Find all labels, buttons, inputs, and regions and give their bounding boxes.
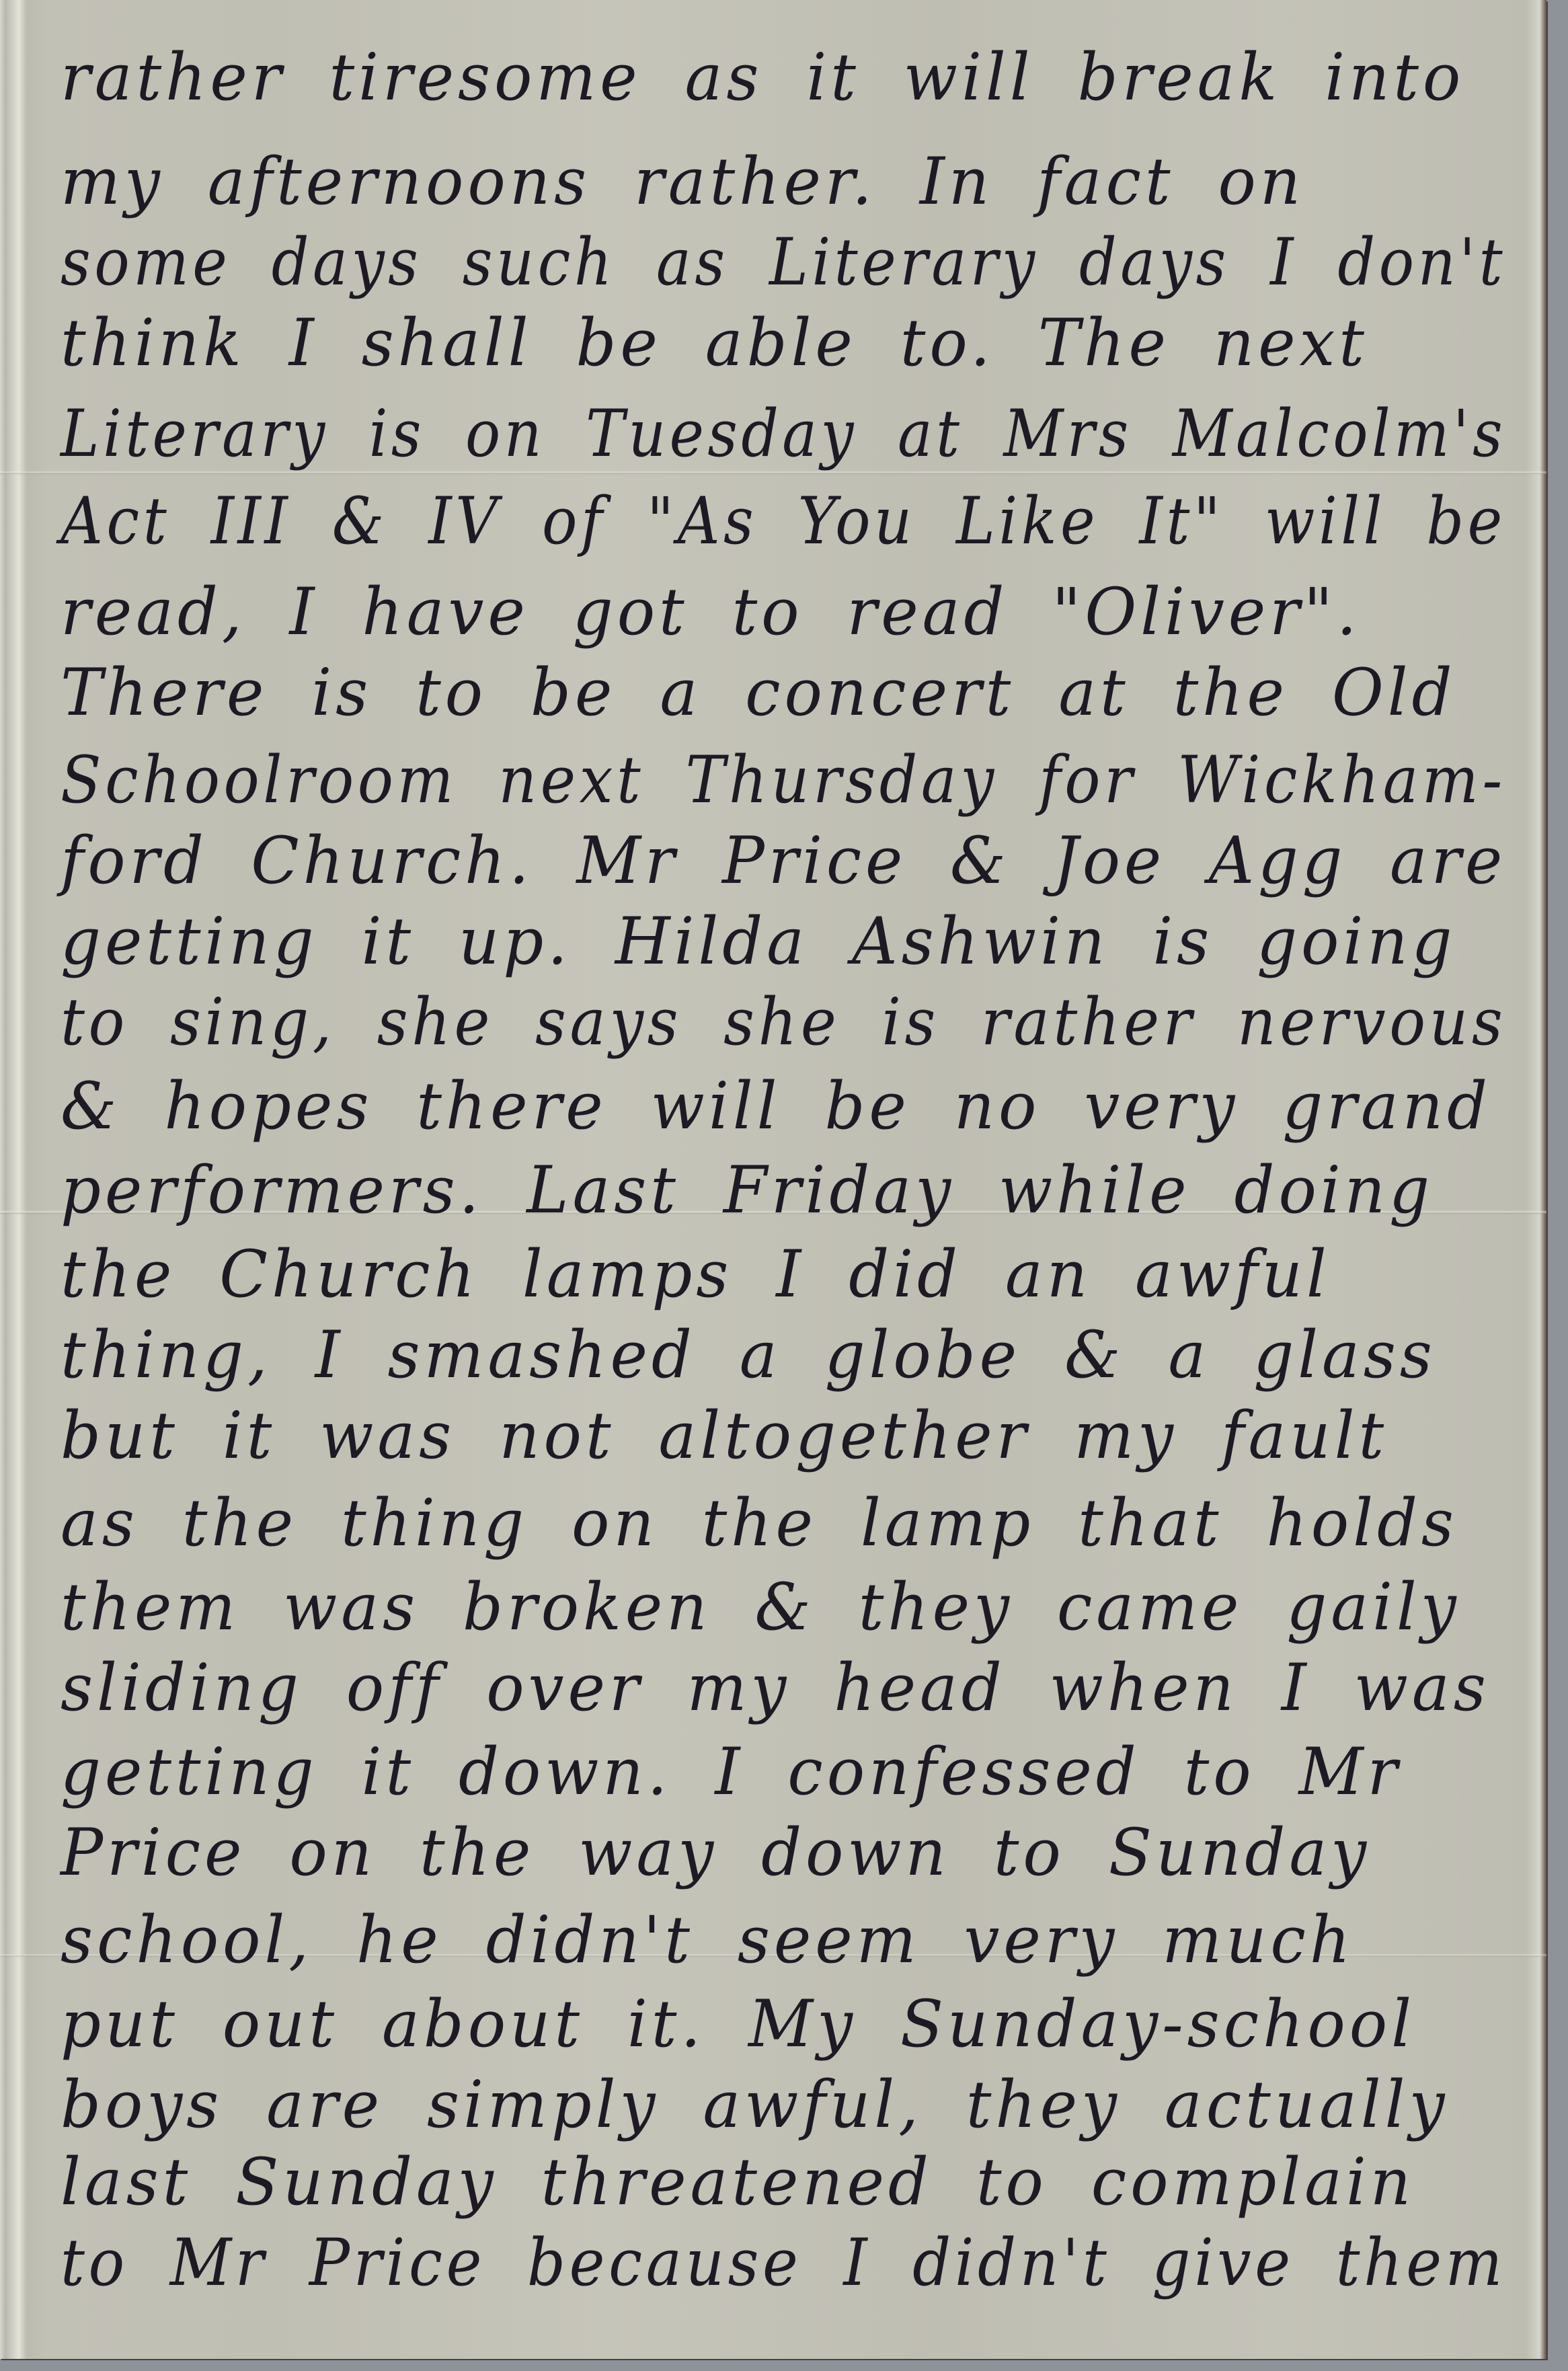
text-line: school, he didn't seem very much [61, 1903, 1506, 1977]
text-line: getting it up. Hilda Ashwin is going [61, 904, 1506, 978]
text-line: to Mr Price because I didn't give them [61, 2226, 1437, 2300]
letter-page: rather tiresome as it will break into my… [0, 0, 1546, 2359]
text-line: getting it down. I confessed to Mr [61, 1735, 1506, 1809]
text-line: some days such as Literary days I don't [61, 225, 1404, 299]
text-line: There is to be a concert at the Old [61, 656, 1506, 730]
text-line: boys are simply awful, they actually [61, 2068, 1506, 2142]
text-line: last Sunday threatened to complain [61, 2145, 1506, 2219]
text-line: the Church lamps I did an awful [61, 1237, 1506, 1311]
text-line: rather tiresome as it will break into [61, 40, 1506, 114]
text-line: sliding off over my head when I was [61, 1651, 1506, 1725]
text-line: think I shall be able to. The next [61, 306, 1506, 380]
text-line: read, I have got to read "Oliver". [61, 575, 1506, 649]
text-line: thing, I smashed a globe & a glass [61, 1318, 1506, 1392]
text-line: to sing, she says she is rather nervous [61, 985, 1439, 1059]
handwritten-text: rather tiresome as it will break into my… [0, 0, 1546, 2359]
text-line: & hopes there will be no very grand [61, 1069, 1506, 1143]
text-line: put out about it. My Sunday-school [61, 1987, 1506, 2061]
text-line: Literary is on Tuesday at Mrs Malcolm's [61, 397, 1397, 471]
text-line: but it was not altogether my fault [61, 1399, 1506, 1473]
text-line: Schoolroom next Thursday for Wickham- [61, 743, 1423, 817]
text-line: my afternoons rather. In fact on [61, 145, 1506, 219]
text-line: them was broken & they came gaily [61, 1570, 1506, 1644]
text-line: Act III & IV of "As You Like It" will be [61, 484, 1404, 558]
text-line: as the thing on the lamp that holds [61, 1486, 1506, 1560]
text-line: performers. Last Friday while doing [61, 1153, 1506, 1227]
text-line: Price on the way down to Sunday [61, 1816, 1506, 1890]
text-line: ford Church. Mr Price & Joe Agg are [61, 824, 1499, 898]
